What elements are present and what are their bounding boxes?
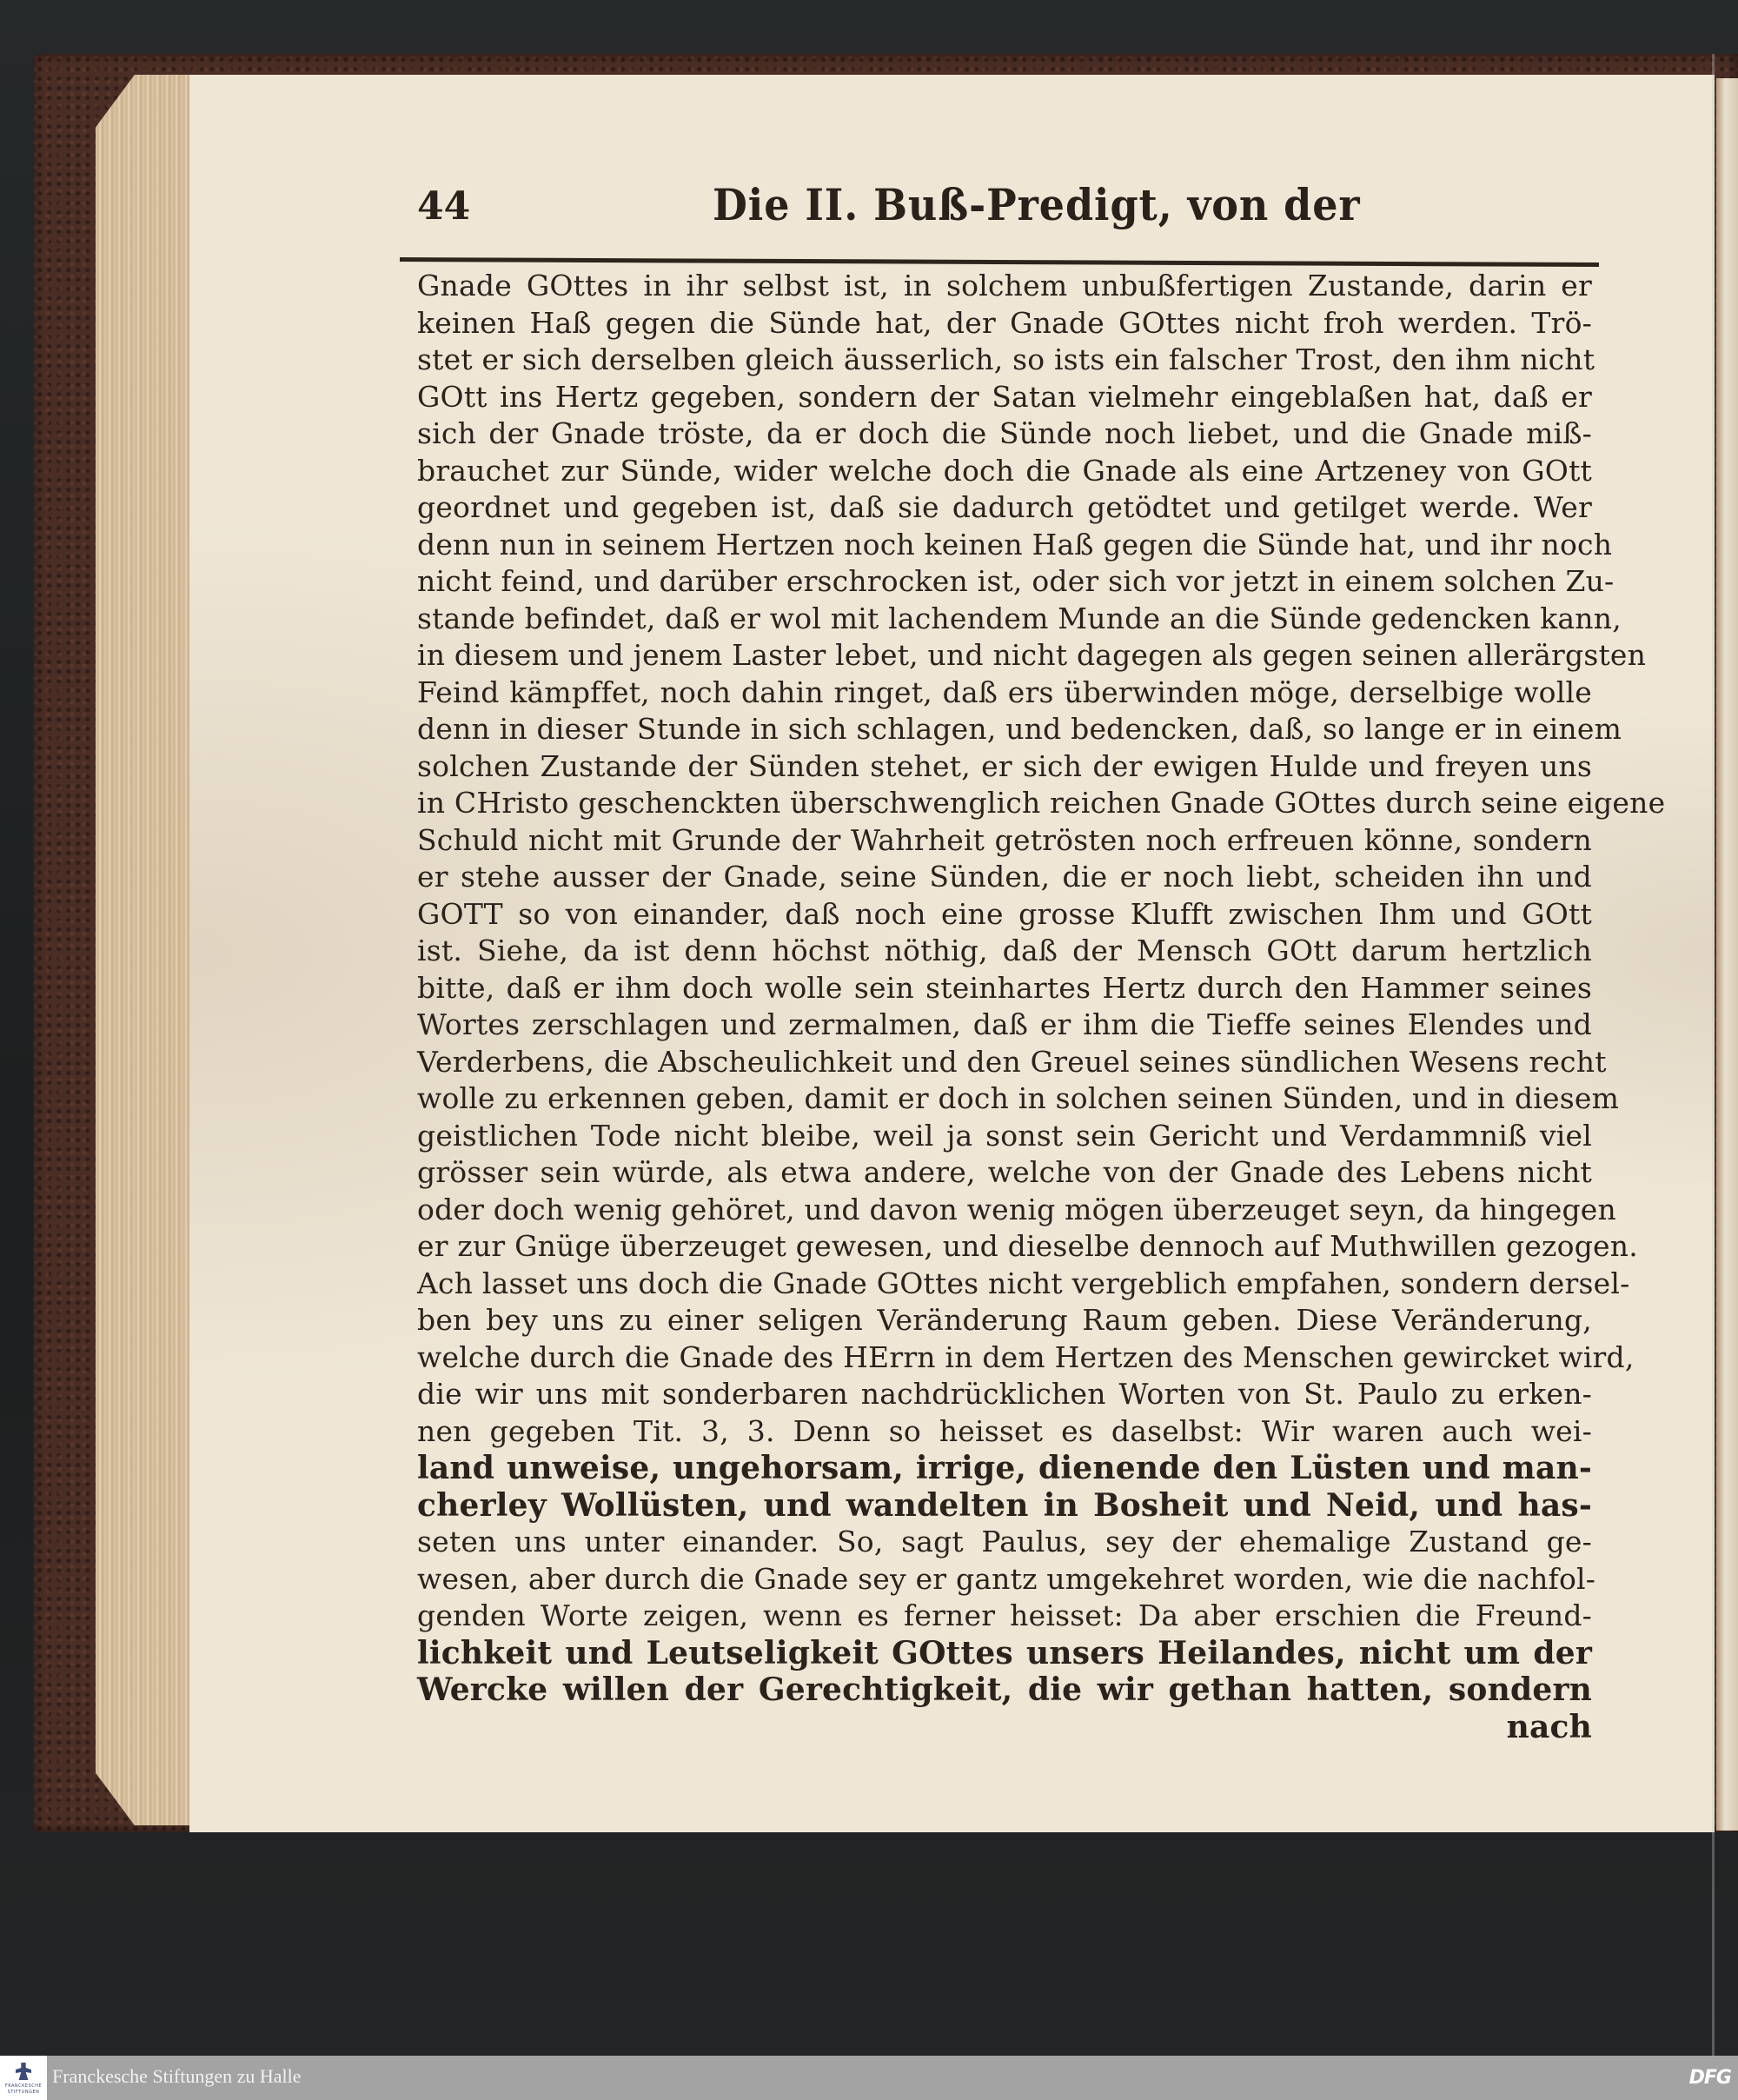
text-line: stet er sich derselben gleich äusserlich… [417, 342, 1592, 379]
text-line: oder doch wenig gehöret, und davon wenig… [417, 1192, 1592, 1229]
text-line: Schuld nicht mit Grunde der Wahrheit get… [417, 822, 1592, 860]
body-text: Gnade GOttes in ihr selbst ist, in solch… [417, 268, 1592, 1745]
text-line: stande befindet, daß er wol mit lachende… [417, 601, 1592, 638]
text-line: in CHristo geschenckten überschwenglich … [417, 785, 1592, 822]
text-line: ist. Siehe, da ist denn höchst nöthig, d… [417, 933, 1592, 970]
founder-statue-icon [16, 2063, 31, 2080]
text-line: er zur Gnüge überzeuget gewesen, und die… [417, 1228, 1592, 1266]
text-line: wesen, aber durch die Gnade sey er gantz… [417, 1561, 1592, 1598]
institution-name: Franckesche Stiftungen zu Halle [52, 2065, 302, 2088]
adjacent-page-edge [1716, 78, 1738, 1831]
catchword: nach [417, 1709, 1592, 1746]
text-line: sich der Gnade tröste, da er doch die Sü… [417, 415, 1592, 453]
text-line: ben bey uns zu einer seligen Veränderung… [417, 1302, 1592, 1339]
text-line: er stehe ausser der Gnade, seine Sünden,… [417, 859, 1592, 896]
text-line: grösser sein würde, als etwa andere, wel… [417, 1154, 1592, 1192]
scripture-quote-line: lichkeit und Leutseligkeit GOttes unsers… [417, 1635, 1592, 1672]
text-line: geordnet und gegeben ist, daß sie dadurc… [417, 489, 1592, 527]
logo-caption: FRANCKESCHE [2, 2083, 45, 2090]
text-line: Feind kämpffet, noch dahin ringet, daß e… [417, 675, 1592, 712]
gutter-shadow [1712, 54, 1715, 2057]
franckesche-stiftungen-logo[interactable]: FRANCKESCHE STIFTUNGEN [0, 2056, 47, 2100]
text-line: seten uns unter einander. So, sagt Paulu… [417, 1524, 1592, 1561]
text-line: denn in dieser Stunde in sich schlagen, … [417, 711, 1592, 748]
text-line: wolle zu erkennen geben, damit er doch i… [417, 1080, 1592, 1118]
text-line: denn nun in seinem Hertzen noch keinen H… [417, 527, 1592, 564]
text-line: GOtt ins Hertz gegeben, sondern der Sata… [417, 379, 1592, 416]
text-line: bitte, daß er ihm doch wolle sein steinh… [417, 970, 1592, 1007]
text-line: solchen Zustande der Sünden stehet, er s… [417, 748, 1592, 786]
scripture-quote-line: cherley Wollüsten, und wandelten in Bosh… [417, 1487, 1592, 1525]
text-line: nicht feind, und darüber erschrocken ist… [417, 563, 1592, 601]
text-line: in diesem und jenem Laster lebet, und ni… [417, 637, 1592, 675]
dfg-logo[interactable]: DFG [1689, 2067, 1731, 2089]
text-line: welche durch die Gnade des HErrn in dem … [417, 1339, 1592, 1377]
running-head-title: Die II. Buß-Predigt, von der [713, 179, 1361, 230]
text-line: Gnade GOttes in ihr selbst ist, in solch… [417, 268, 1592, 305]
viewer-footer: FRANCKESCHE STIFTUNGEN Franckesche Stift… [0, 2056, 1738, 2100]
logo-caption: STIFTUNGEN [2, 2090, 45, 2096]
page-number: 44 [417, 184, 470, 229]
scripture-quote-line: land unweise, ungehorsam, irrige, dienen… [417, 1450, 1592, 1487]
scripture-quote-line: Wercke willen der Gerechtigkeit, die wir… [417, 1671, 1592, 1709]
text-line: nen gegeben Tit. 3, 3. Denn so heisset e… [417, 1413, 1592, 1451]
text-line: die wir uns mit sonderbaren nachdrücklic… [417, 1376, 1592, 1413]
text-line: Ach lasset uns doch die Gnade GOttes nic… [417, 1266, 1592, 1303]
text-line: brauchet zur Sünde, wider welche doch di… [417, 453, 1592, 490]
text-line: genden Worte zeigen, wenn es ferner heis… [417, 1598, 1592, 1635]
text-line: GOTT so von einander, daß noch eine gros… [417, 896, 1592, 934]
running-head: 44 Die II. Buß-Predigt, von der [417, 179, 1595, 249]
text-line: Verderbens, die Abscheulichkeit und den … [417, 1044, 1592, 1081]
text-line: Wortes zerschlagen und zermalmen, daß er… [417, 1007, 1592, 1044]
page-fore-edges [96, 75, 193, 1825]
text-line: keinen Haß gegen die Sünde hat, der Gnad… [417, 305, 1592, 342]
text-line: geistlichen Tode nicht bleibe, weil ja s… [417, 1118, 1592, 1155]
